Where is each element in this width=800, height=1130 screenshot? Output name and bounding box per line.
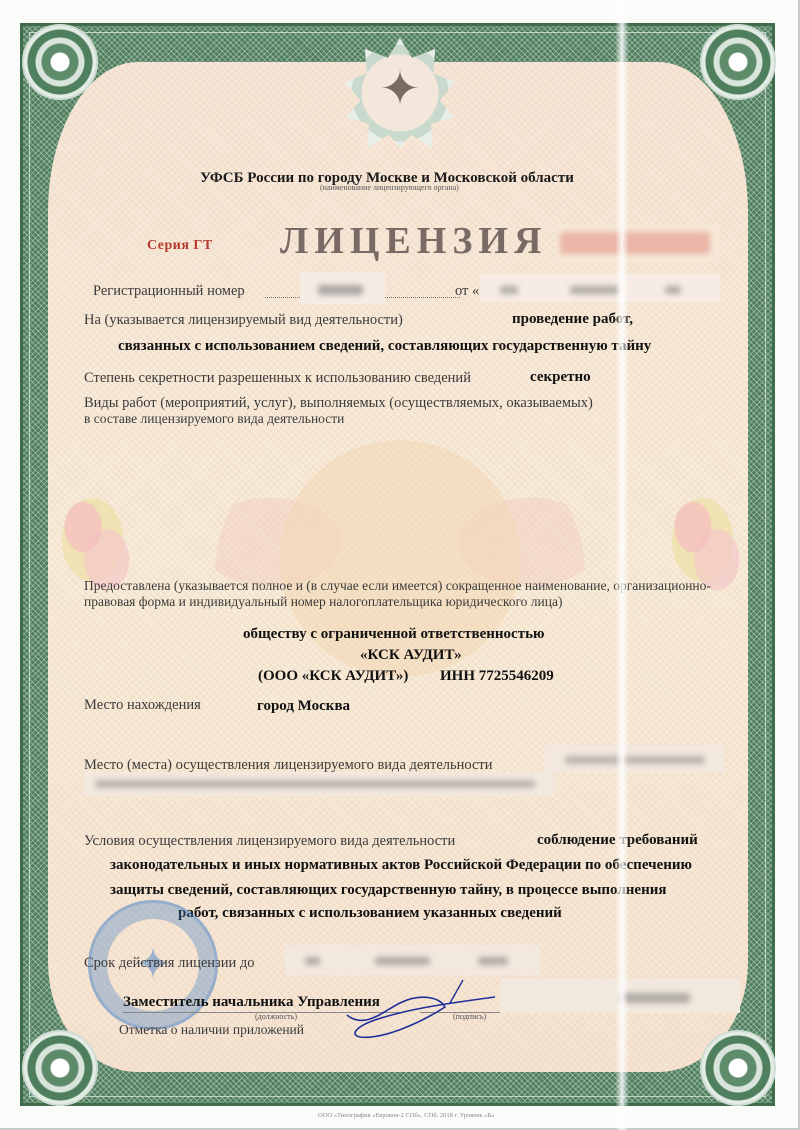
registration-date-redacted (500, 286, 518, 294)
rosette-icon (700, 24, 776, 100)
secrecy-value: секретно (530, 369, 591, 386)
issuing-authority-caption: (наименование лицензирующего органа) (320, 183, 459, 192)
validity-label: Срок действия лицензии до (84, 955, 255, 972)
activity-place-redacted (565, 756, 705, 764)
works-label-continued: в составе лицензируемого вида деятельнос… (84, 411, 344, 427)
granted-to-label-continued: правовая форма и индивидуальный номер на… (84, 594, 562, 610)
rosette-icon (22, 24, 98, 100)
signature-icon (345, 975, 495, 1045)
double-headed-eagle-icon: ✦ (372, 60, 428, 120)
rosette-icon (22, 1030, 98, 1106)
series-label: Серия ГТ (147, 238, 213, 254)
conditions-value-line3: защиты сведений, составляющих государств… (110, 882, 666, 899)
position-caption: (должность) (255, 1012, 297, 1021)
location-label: Место нахождения (84, 697, 201, 714)
activity-value-continued: связанных с использованием сведений, сос… (118, 338, 651, 355)
activity-place-redacted-continued (95, 780, 535, 788)
organization-form: обществу с ограниченной ответственностью (243, 626, 544, 643)
registration-number-label: Регистрационный номер (93, 283, 245, 300)
printer-note: ООО «Типография «Еврокон-2 СПб», СПб. 20… (318, 1112, 494, 1119)
conditions-value-line2: законодательных и иных нормативных актов… (110, 857, 692, 874)
inn-number: ИНН 7725546209 (440, 668, 554, 685)
activity-label: На (указывается лицензируемый вид деятел… (84, 312, 403, 329)
registration-date-prefix: от « (455, 283, 479, 300)
secrecy-label: Степень секретности разрешенных к исполь… (84, 370, 471, 387)
conditions-value-line4: работ, связанных с использованием указан… (178, 905, 562, 922)
license-sheet: ✦ УФСБ России по городу Москве и Московс… (0, 0, 800, 1130)
works-label: Виды работ (мероприятий, услуг), выполня… (84, 395, 593, 412)
location-value: город Москва (257, 698, 350, 715)
appendix-label: Отметка о наличии приложений (119, 1022, 304, 1038)
serial-number-redacted (560, 232, 710, 254)
validity-date-redacted (305, 957, 320, 965)
registration-number-redacted (318, 285, 363, 295)
document-title: ЛИЦЕНЗИЯ (280, 219, 547, 263)
fold-highlight (615, 0, 629, 1130)
watermark-eagle-icon (215, 410, 585, 740)
signatory-name-redacted (620, 993, 690, 1003)
conditions-label: Условия осуществления лицензируемого вид… (84, 833, 455, 850)
organization-name: «КСК АУДИТ» (360, 647, 462, 664)
rosette-icon (700, 1030, 776, 1106)
signatory-position: Заместитель начальника Управления (123, 994, 380, 1011)
organization-short-name: (ООО «КСК АУДИТ») (258, 668, 408, 685)
